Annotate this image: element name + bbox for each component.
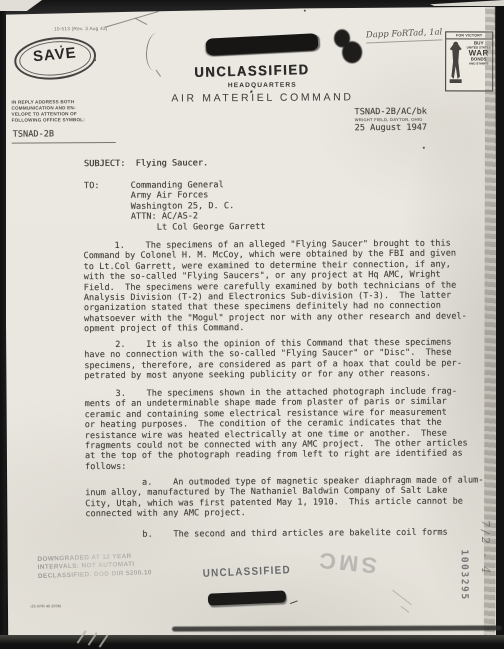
ink-blob	[342, 41, 362, 63]
address-block: TO: Commanding General Army Air Forces W…	[84, 180, 265, 233]
paragraph-2: 2. It is also the opinion of this Comman…	[84, 338, 462, 382]
pencil-arrow	[401, 606, 410, 613]
office-symbol: TSNAD-2B	[13, 129, 54, 140]
pencil-mark	[134, 18, 147, 25]
speck	[127, 505, 129, 507]
office-symbol-underline	[12, 142, 116, 144]
paragraph-3: 3. The specimens shown in the attached p…	[84, 386, 467, 472]
letterhead-command: AIR MATERIEL COMMAND	[102, 91, 422, 105]
unclassified-stamp-bottom: UNCLASSIFIED	[202, 564, 291, 580]
speck	[423, 147, 425, 149]
downgrade-stamp: DOWNGRADED AT 12 YEAR INTERVALS: NOT AUT…	[37, 552, 152, 581]
subject-line: SUBJECT: Flying Saucer.	[84, 158, 208, 169]
pencil-paren-mark	[145, 32, 164, 71]
document-page: 10-513 (Rev. 3 Aug 43) SAVE UNCLASSIFIED…	[4, 4, 499, 639]
redaction-bar-bottom	[208, 590, 286, 605]
date-line: 25 August 1947	[355, 123, 428, 134]
paragraph-1: 1. The specimens of an alleged "Flying S…	[83, 238, 467, 334]
form-number: 10-513 (Rev. 3 Aug 43)	[54, 27, 108, 33]
speck	[304, 10, 306, 12]
serial-number-vertical: 1003295	[458, 549, 471, 629]
speck	[60, 45, 62, 47]
scan-edge-left	[0, 0, 6, 649]
letterhead-headquarters: HEADQUARTERS	[132, 81, 392, 90]
handwritten-annotation: Dapp FoRTad, 1al	[366, 27, 443, 43]
ink-dash	[290, 600, 298, 604]
item-b: b. The second and third articles are bak…	[85, 528, 447, 541]
redaction-bar-top	[206, 33, 319, 56]
scanned-document: 10-513 (Rev. 3 Aug 43) SAVE UNCLASSIFIED…	[0, 0, 504, 649]
amc-faded-stamp: SMC	[315, 546, 378, 578]
item-a: a. An outmoded type of magnetic speaker …	[85, 475, 484, 519]
minuteman-statue-icon	[446, 39, 465, 85]
reply-address-block: IN REPLY ADDRESS BOTH COMMUNICATION AND …	[11, 99, 121, 124]
save-stamp: SAVE	[12, 34, 98, 84]
scan-edge-right	[496, 0, 504, 649]
pencil-mark	[105, 11, 159, 28]
pencil-arrow	[392, 590, 412, 605]
print-code: -25 APR 46 200M	[30, 603, 61, 608]
unclassified-stamp-top: UNCLASSIFIED	[194, 61, 334, 81]
speck	[94, 59, 96, 61]
